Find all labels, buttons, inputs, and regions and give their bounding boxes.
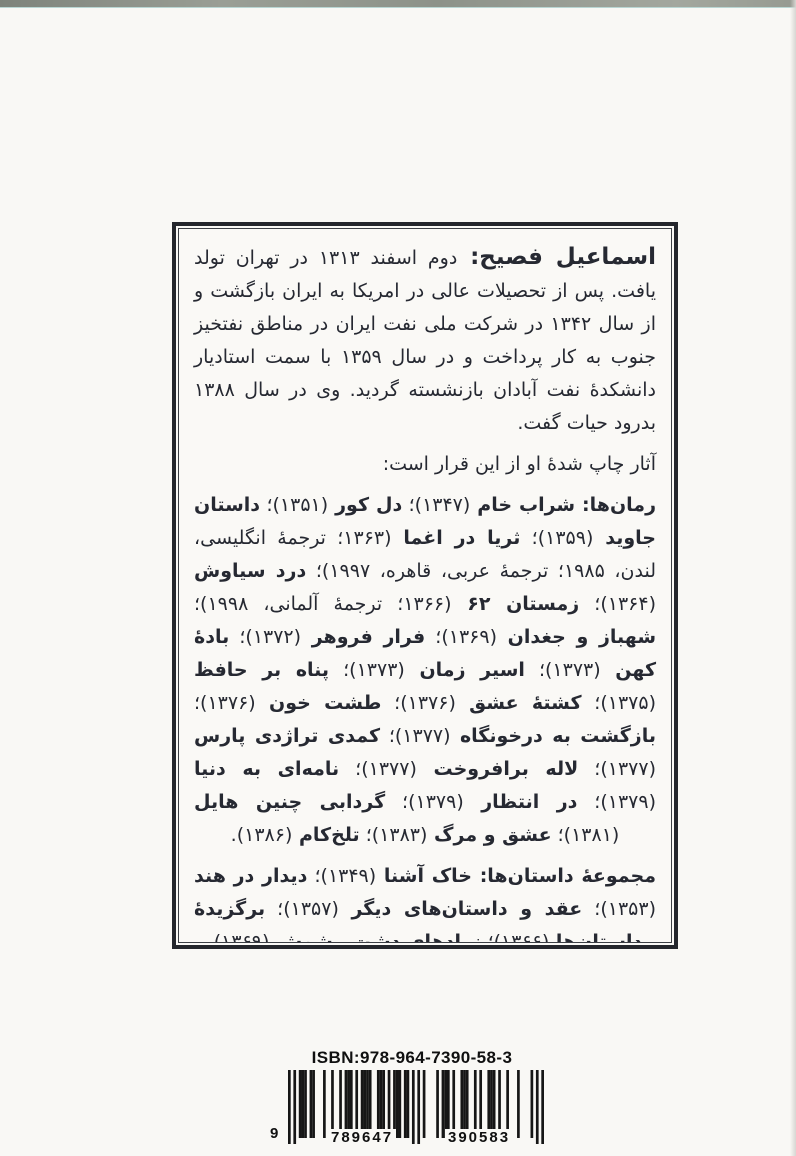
text-segment: (۱۳۷۷)؛ xyxy=(339,758,417,780)
text-segment: (۱۳۵۷)؛ xyxy=(265,898,339,920)
book-back-cover: { "colors": { "paper": "#f9f8f5", "ink":… xyxy=(0,0,796,1156)
text-segment: (۱۳۷۹)؛ xyxy=(577,791,656,813)
scan-right-edge xyxy=(790,0,796,1156)
text-segment: (۱۳۷۳)؛ xyxy=(329,659,405,681)
barcode-left-digits: 789647 xyxy=(328,1129,396,1146)
isbn-barcode-block: ISBN:978-964-7390-58-3 9 789647 390583 xyxy=(262,1048,562,1148)
novels-paragraph: رمان‌ها: شراب خام (۱۳۴۷)؛ دل کور (۱۳۵۱)؛… xyxy=(194,489,656,852)
author-info-box: اسماعیل فصیح: دوم اسفند ۱۳۱۳ در تهران تو… xyxy=(172,222,678,949)
text-segment: شراب خام xyxy=(470,494,575,516)
text-segment: درد سیاوش xyxy=(194,560,306,582)
text-segment: لاله برافروخت xyxy=(417,758,578,780)
text-segment: رمان‌ها: xyxy=(575,494,656,516)
text-segment: عقد و داستان‌های دیگر xyxy=(339,898,582,920)
text-segment: ثریا در اغما xyxy=(392,527,521,549)
text-segment: (۱۳۴۹)؛ xyxy=(307,865,376,887)
text-segment: (۱۳۸۶). xyxy=(231,824,293,846)
text-segment: (۱۳۸۱)؛ xyxy=(552,824,620,846)
scan-top-edge xyxy=(0,0,796,8)
text-segment: (۱۳۵۱)؛ xyxy=(260,494,328,516)
text-segment: اسیر زمان xyxy=(405,659,525,681)
isbn-number: ISBN:978-964-7390-58-3 xyxy=(262,1048,562,1068)
text-segment: (۱۳۷۲)؛ xyxy=(229,626,301,648)
text-segment: (۱۳۸۳)؛ xyxy=(360,824,428,846)
text-segment: عشق و مرگ xyxy=(427,824,551,846)
text-segment: (۱۳۷۷)؛ xyxy=(380,725,451,747)
text-segment: (۱۳۷۵)؛ xyxy=(582,692,656,714)
text-segment: در انتظار xyxy=(464,791,578,813)
text-segment: گردابی چنین هایل xyxy=(194,791,385,813)
text-segment: بازگشت به درخونگاه xyxy=(451,725,656,747)
collections-paragraph: مجموعهٔ داستان‌ها: خاک آشنا (۱۳۴۹)؛ دیدا… xyxy=(194,860,656,943)
text-segment: زمستان ۶۲ xyxy=(452,593,580,615)
author-name: اسماعیل فصیح: xyxy=(457,244,656,270)
ean13-barcode: 9 789647 390583 xyxy=(262,1070,562,1148)
text-segment: (۱۳۵۳)؛ xyxy=(582,898,656,920)
works-intro-line: آثار چاپ شدهٔ او از این قرار است: xyxy=(194,448,656,481)
text-segment: (۱۳۷۶)؛ xyxy=(194,692,256,714)
author-bio-text: دوم اسفند ۱۳۱۳ در تهران تولد یافت. پس از… xyxy=(194,247,656,434)
text-segment: طشت خون xyxy=(256,692,382,714)
text-segment: مجموعهٔ داستان‌ها: xyxy=(472,865,656,887)
text-segment: (۱۳۶۹)؛ xyxy=(425,626,497,648)
text-segment: (۱۳۷۳)؛ xyxy=(525,659,601,681)
barcode-right-digits: 390583 xyxy=(445,1129,513,1146)
author-bio-paragraph: اسماعیل فصیح: دوم اسفند ۱۳۱۳ در تهران تو… xyxy=(194,241,656,440)
text-segment: (۱۳۷۶)؛ xyxy=(381,692,455,714)
text-segment: (۱۳۷۷)؛ xyxy=(578,758,656,780)
text-segment: خاک آشنا xyxy=(376,865,472,887)
text-segment: (۱۳۶۶؛ ترجمهٔ آلمانی، ۱۹۹۸)؛ xyxy=(194,593,452,615)
text-segment: (۱۳۶۹). xyxy=(208,931,270,943)
text-segment: شهباز و جغدان xyxy=(497,626,656,648)
text-segment: نامه‌ای به دنیا xyxy=(194,758,339,780)
text-segment: فرار فروهر xyxy=(301,626,425,648)
text-segment: تلخ‌کام xyxy=(292,824,359,846)
author-info-box-inner: اسماعیل فصیح: دوم اسفند ۱۳۱۳ در تهران تو… xyxy=(178,228,672,943)
text-segment: (۱۳۴۷)؛ xyxy=(402,494,470,516)
barcode-first-digit: 9 xyxy=(267,1125,281,1142)
text-segment: نمادهای دشت مشوش xyxy=(269,931,481,943)
text-segment: (۱۳۶۶)؛ xyxy=(482,931,550,943)
text-segment: (۱۳۶۴)؛ xyxy=(579,593,656,615)
text-segment: دیدار در هند xyxy=(194,865,307,887)
text-segment: کمدی تراژدی پارس xyxy=(194,725,380,747)
text-segment: (۱۳۵۹)؛ xyxy=(520,527,593,549)
text-segment: (۱۳۷۹)؛ xyxy=(385,791,464,813)
text-segment: دل کور xyxy=(328,494,402,516)
text-segment: کشتهٔ عشق xyxy=(456,692,582,714)
text-segment: پناه بر حافظ xyxy=(194,659,329,681)
